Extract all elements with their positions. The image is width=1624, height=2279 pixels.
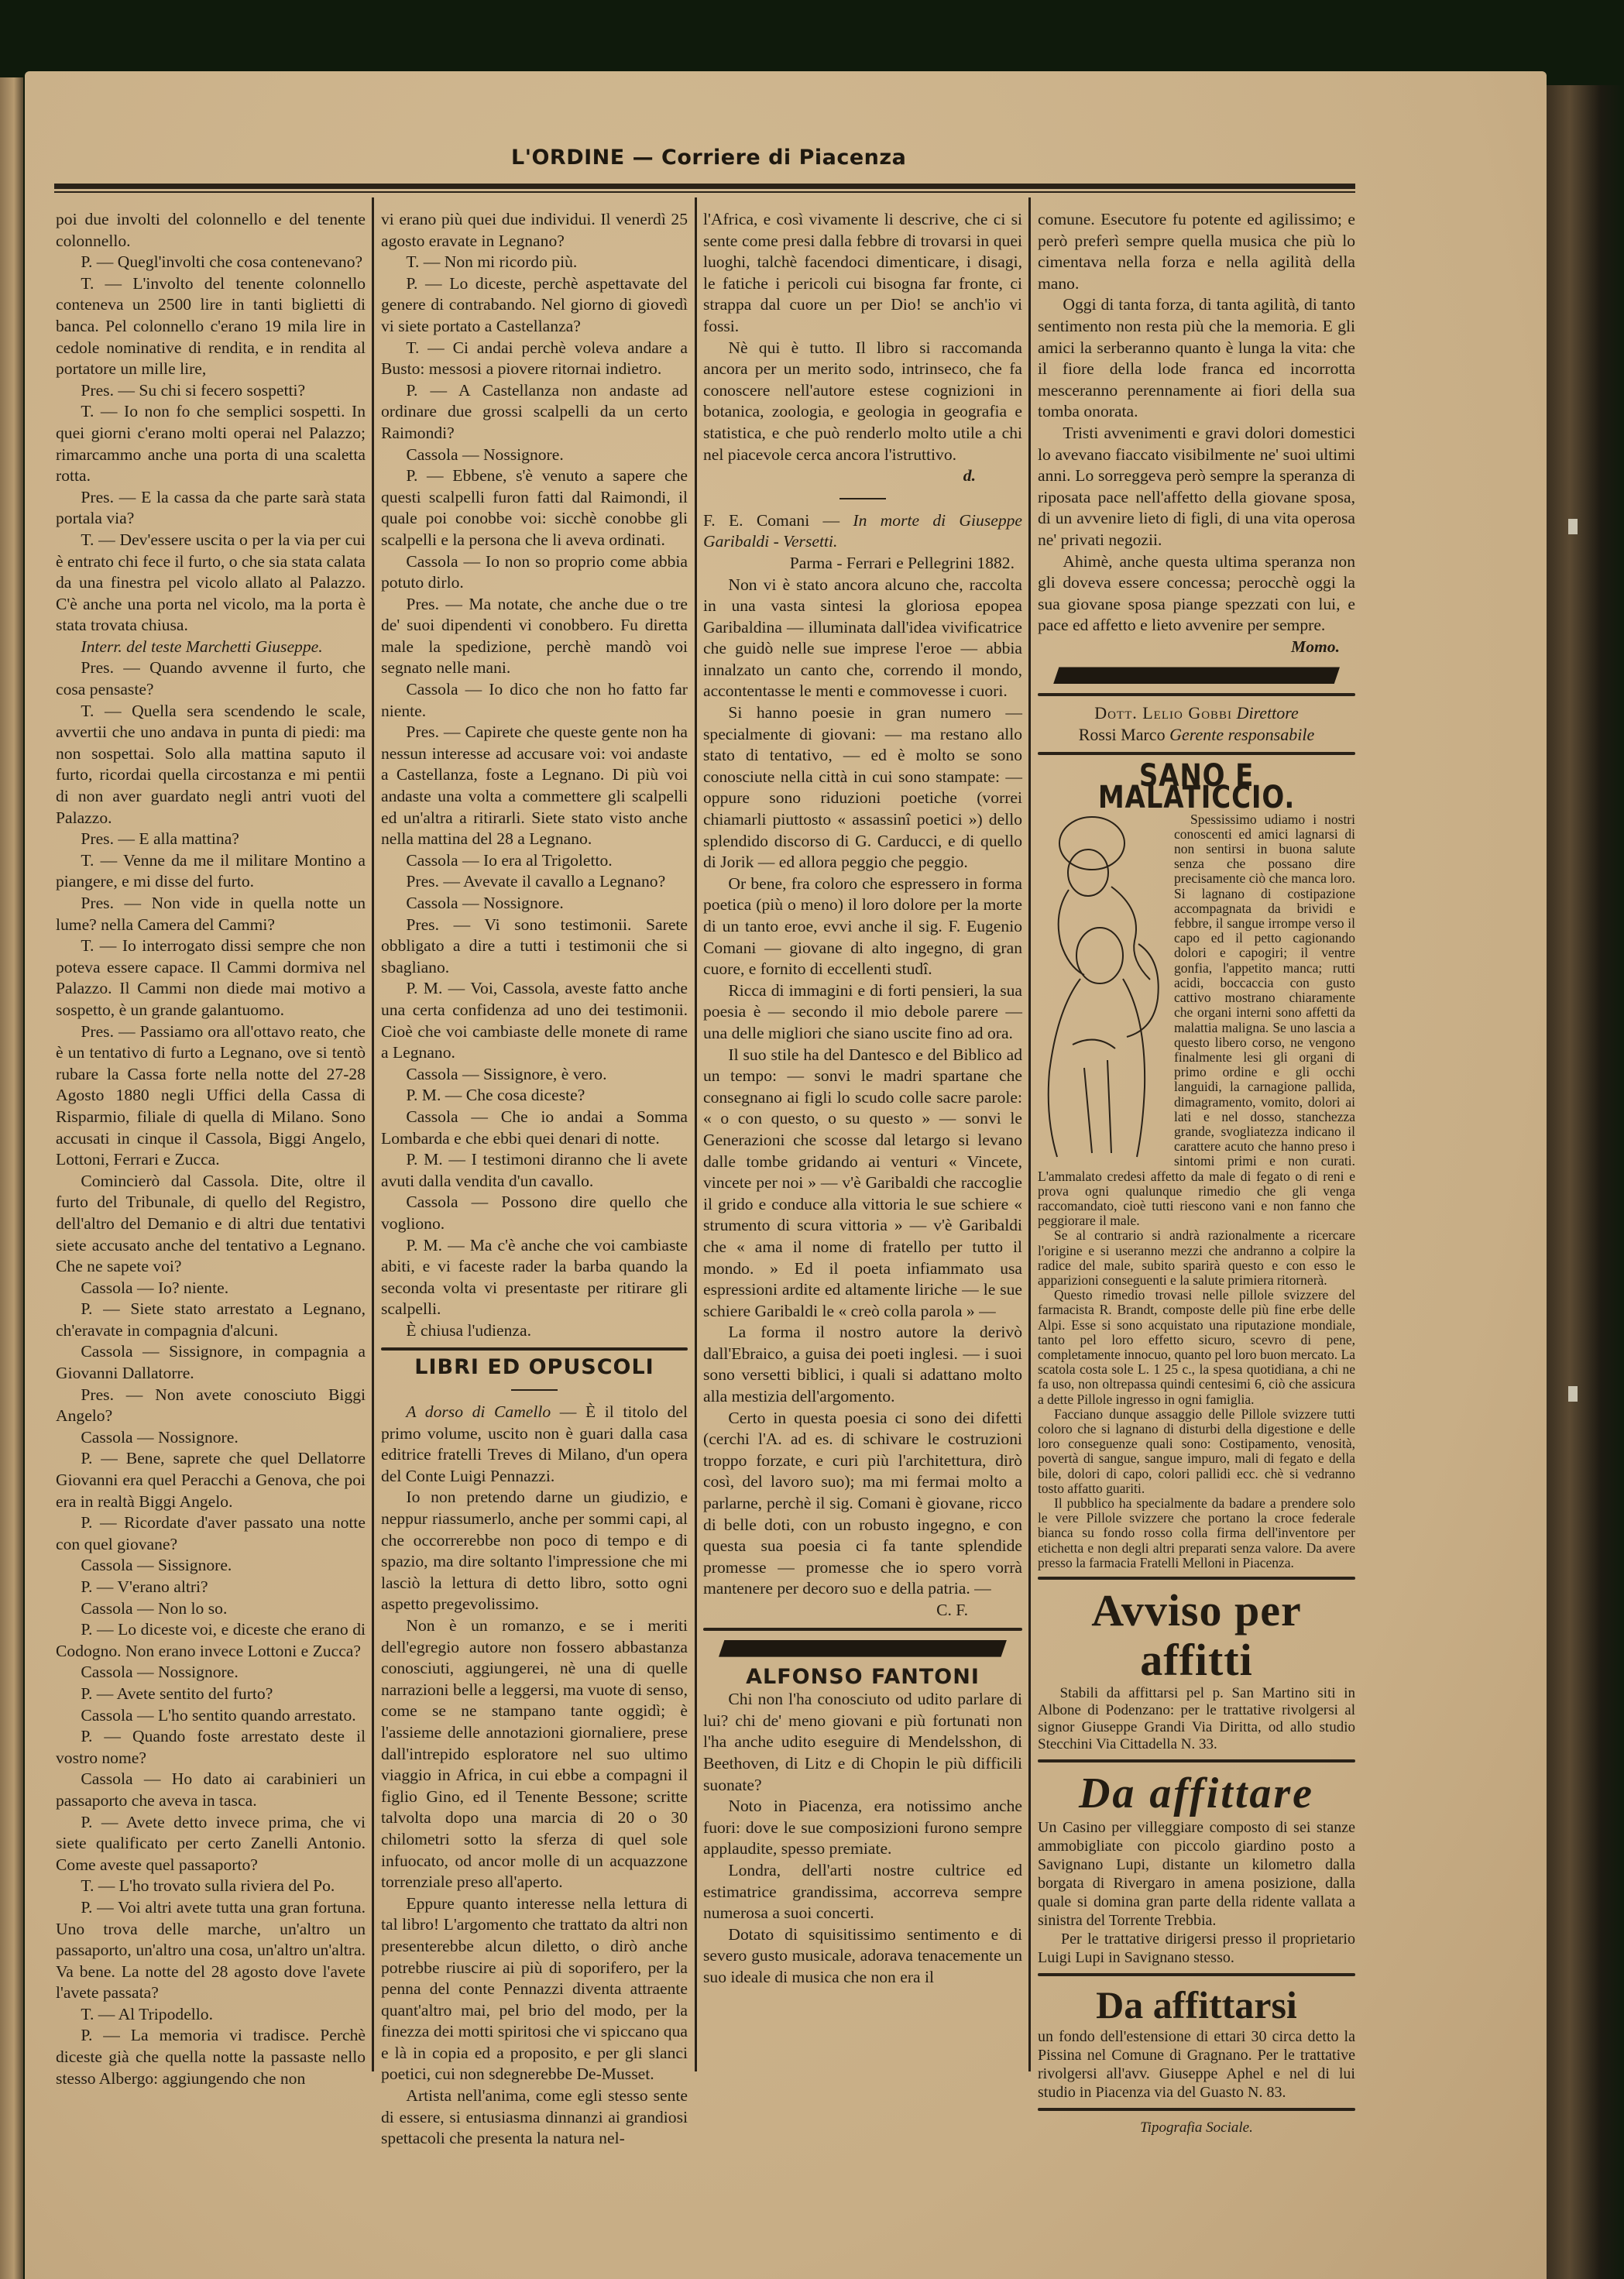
header-rule-thin — [54, 191, 1355, 193]
paragraph: Cassola — Sissignore, è vero. — [381, 1064, 688, 1086]
paragraph: T. — Io non fo che semplici sospetti. In… — [56, 401, 366, 486]
column-trial-and-books: vi erano più quei due individui. Il vene… — [381, 209, 688, 2150]
paragraph: T. — Venne da me il militare Montino a p… — [56, 850, 366, 893]
paragraph: Oggi di tanta forza, di tanta agilità, d… — [1038, 294, 1355, 423]
paragraph: Artista nell'anima, come egli stesso sen… — [381, 2085, 688, 2150]
paragraph: Cassola — Ho dato ai carabinieri un pass… — [56, 1769, 366, 1811]
paragraph: Il suo stile ha del Dantesco e del Bibli… — [703, 1045, 1022, 1323]
column-divider — [1028, 197, 1031, 2071]
paragraph: Nè qui è tutto. Il libro si raccomanda a… — [703, 338, 1022, 466]
ad-daffittarsi-title: Da affittarsi — [1038, 1982, 1355, 2027]
section-title-libri: LIBRI ED OPUSCOLI — [381, 1357, 688, 1378]
paragraph: Chi non l'ha conosciuto od udito parlare… — [703, 1689, 1022, 1796]
paragraph: Pres. — E alla mattina? — [56, 829, 366, 850]
paragraph: Cassola — Io era al Trigoletto. — [381, 850, 688, 872]
paragraph: Il pubblico ha specialmente da badare a … — [1038, 1496, 1355, 1570]
printer-credit: Tipografia Sociale. — [1038, 2117, 1355, 2139]
woman-and-child-illustration — [1038, 812, 1169, 1159]
paragraph: P. — Avete sentito del furto? — [56, 1684, 366, 1705]
ad-daffittarsi-text: un fondo dell'estensione di ettari 30 ci… — [1038, 2027, 1355, 2102]
paragraph: Cassola — Possono dire quello che voglio… — [381, 1192, 688, 1234]
manager-name: Rossi Marco — [1079, 725, 1166, 744]
comani-review: Non vi è stato ancora alcuno che, raccol… — [703, 575, 1022, 1601]
paragraph: Cassola — Nossignore. — [381, 893, 688, 915]
column-divider — [372, 197, 374, 2071]
paragraph: Cassola — Io non so proprio come abbia p… — [381, 551, 688, 594]
ad-daffittare-title: Da affittare — [1038, 1769, 1355, 1818]
paragraph: comune. Esecutore fu potente ed agilissi… — [1038, 209, 1355, 294]
director-role: Direttore — [1237, 703, 1299, 722]
paragraph: P. — La memoria vi tradisce. Perchè dice… — [56, 2025, 366, 2089]
paragraph: Cassola — Sissignore, in compagnia a Gio… — [56, 1341, 366, 1384]
advertisement-pills: SANO E MALATICCIO. Spessissimo udiamo i … — [1038, 761, 1355, 1570]
paragraph: Ricca di immagini e di forti pensieri, l… — [703, 980, 1022, 1045]
review-end: l'Africa, e così vivamente li descrive, … — [703, 209, 1022, 465]
editor-credit: Dott. Lelio Gobbi Direttore Rossi Marco … — [1038, 702, 1355, 746]
paragraph: T. — Io interrogato dissi sempre che non… — [56, 935, 366, 1021]
column-reviews-obituary: l'Africa, e così vivamente li descrive, … — [703, 209, 1022, 1989]
director-name: Dott. Lelio Gobbi — [1094, 703, 1232, 722]
rule — [1038, 693, 1355, 696]
paragraph: poi due involti del colonnello e del ten… — [56, 209, 366, 252]
rule — [1038, 752, 1355, 755]
obituary-text: Chi non l'ha conosciuto od udito parlare… — [703, 1689, 1022, 1988]
book-spine — [1547, 85, 1624, 2279]
paragraph: Cassola — Io dico che non ho fatto far n… — [381, 679, 688, 722]
paragraph: Facciano dunque assaggio delle Pillole s… — [1038, 1407, 1355, 1496]
paragraph: P. — Ebbene, s'è venuto a sapere che que… — [381, 465, 688, 551]
paragraph: P. — Ricordate d'aver passato una notte … — [56, 1512, 366, 1555]
paragraph: Se al contrario si andrà razionalmente a… — [1038, 1228, 1355, 1288]
review-signature: d. — [703, 465, 1022, 487]
paragraph: T. — L'involto del tenente colonnello co… — [56, 273, 366, 380]
comani-imprint: Parma - Ferrari e Pellegrini 1882. — [703, 553, 1022, 575]
paragraph: Certo in questa poesia ci sono dei difet… — [703, 1408, 1022, 1600]
paragraph: Questo rimedio trovasi nelle pillole svi… — [1038, 1288, 1355, 1407]
paragraph: Non vi è stato ancora alcuno che, raccol… — [703, 575, 1022, 703]
paragraph: Pres. — Ma notate, che anche due o tre d… — [381, 594, 688, 679]
paragraph: P. — Avete detto invece prima, che vi si… — [56, 1812, 366, 1876]
paragraph: Or bene, fra coloro che espressero in fo… — [703, 874, 1022, 980]
paragraph: Non è un romanzo, e se i meriti dell'egr… — [381, 1615, 688, 1893]
paragraph: Cassola — Non lo so. — [56, 1598, 366, 1620]
paragraph: Pres. — Passiamo ora all'ottavo reato, c… — [56, 1021, 366, 1171]
paragraph: Cassola — Nossignore. — [56, 1427, 366, 1449]
paragraph: P. — Quando foste arrestato deste il vos… — [56, 1726, 366, 1769]
obituary-signature: Momo. — [1038, 637, 1355, 658]
section-divider — [381, 1347, 688, 1351]
paragraph: vi erano più quei due individui. Il vene… — [381, 209, 688, 252]
paragraph: T. — L'ho trovato sulla riviera del Po. — [56, 1876, 366, 1897]
short-rule — [511, 1389, 558, 1391]
rule — [1038, 2108, 1355, 2111]
ad-avviso-text: Stabili da affittarsi pel p. San Martino… — [1038, 1685, 1355, 1753]
paragraph: P. M. — Che cosa diceste? — [381, 1085, 688, 1107]
obituary-title: ALFONSO FANTONI — [703, 1666, 1022, 1688]
paragraph: Comincierò dal Cassola. Dite, oltre il f… — [56, 1171, 366, 1278]
column-divider — [695, 197, 697, 2071]
paragraph: Si hanno poesie in gran numero — special… — [703, 702, 1022, 874]
paragraph: P. — V'erano altri? — [56, 1577, 366, 1598]
mourning-bar — [1053, 667, 1340, 684]
trial-continuation: vi erano più quei due individui. Il vene… — [381, 209, 688, 1341]
short-rule — [839, 498, 886, 499]
paragraph: T. — Al Tripodello. — [56, 2004, 366, 2026]
paragraph: P. — Siete stato arrestato a Legnano, ch… — [56, 1299, 366, 1341]
paragraph: P. M. — I testimoni diranno che li avete… — [381, 1149, 688, 1192]
paragraph: Io non pretendo darne un giudizio, e nep… — [381, 1487, 688, 1615]
paragraph: Interr. del teste Marchetti Giuseppe. — [56, 637, 366, 658]
paragraph: Pres. — Avevate il cavallo a Legnano? — [381, 871, 688, 893]
comani-signature: C. F. — [703, 1600, 1022, 1622]
paragraph: Pres. — Non avete conosciuto Biggi Angel… — [56, 1385, 366, 1427]
paragraph: Pres. — Su chi si fecero sospetti? — [56, 380, 366, 402]
paragraph: È chiusa l'udienza. — [381, 1320, 688, 1342]
paragraph: T. — Quella sera scendendo le scale, avv… — [56, 701, 366, 829]
rule — [1038, 1577, 1355, 1580]
paragraph: l'Africa, e così vivamente li descrive, … — [703, 209, 1022, 338]
paragraph: P. — A Castellanza non andaste ad ordina… — [381, 380, 688, 444]
paragraph: La forma il nostro autore la derivò dall… — [703, 1322, 1022, 1407]
paragraph: Eppure quanto interesse nella lettura di… — [381, 1893, 688, 2085]
manager-role: Gerente responsabile — [1169, 725, 1314, 744]
column-obituary-ads: comune. Esecutore fu potente ed agilissi… — [1038, 209, 1355, 2139]
paragraph: P. — Voi altri avete tutta una gran fort… — [56, 1897, 366, 2004]
paragraph: Tristi avvenimenti e gravi dolori domest… — [1038, 423, 1355, 551]
paragraph: A dorso di Camello — È il titolo del pri… — [381, 1402, 688, 1487]
paragraph: T. — Ci andai perchè voleva andare a Bus… — [381, 338, 688, 380]
ad-avviso-title: Avviso per affitti — [1038, 1586, 1355, 1685]
obituary-end: comune. Esecutore fu potente ed agilissi… — [1038, 209, 1355, 637]
comani-author: F. E. Comani — — [703, 511, 853, 530]
book-review: A dorso di Camello — È il titolo del pri… — [381, 1402, 688, 2150]
spine-band — [1568, 519, 1578, 534]
section-divider — [703, 1628, 1022, 1631]
paragraph: Dotato di squisitissimo sentimento e di … — [703, 1924, 1022, 1989]
paragraph: Cassola — Sissignore. — [56, 1555, 366, 1577]
adjacent-page-edge — [0, 77, 23, 2279]
column-trial-report: poi due involti del colonnello e del ten… — [56, 209, 366, 2089]
paragraph: Cassola — Io? niente. — [56, 1278, 366, 1299]
rule — [1038, 1759, 1355, 1762]
paragraph: Cassola — Nossignore. — [56, 1662, 366, 1684]
mourning-bar — [719, 1640, 1007, 1657]
paragraph: Pres. — Non vide in quella notte un lume… — [56, 893, 366, 935]
header-rule — [54, 184, 1355, 189]
paragraph: Pres. — Vi sono testimonii. Sarete obbli… — [381, 915, 688, 979]
paragraph: P. — Bene, saprete che quel Dellatorre G… — [56, 1448, 366, 1512]
masthead-title: L'ORDINE — Corriere di Piacenza — [511, 146, 906, 170]
paragraph: Noto in Piacenza, era notissimo anche fu… — [703, 1796, 1022, 1860]
paragraph: T. — Dev'essere uscita o per la via per … — [56, 530, 366, 637]
paragraph: P. M. — Ma c'è anche che voi cambiaste a… — [381, 1235, 688, 1320]
paragraph: Pres. — Quando avvenne il furto, che cos… — [56, 657, 366, 700]
ad-daffittare-text: Un Casino per villeggiare composto di se… — [1038, 1818, 1355, 1930]
paragraph: Ahimè, anche questa ultima speranza non … — [1038, 551, 1355, 637]
paragraph: P. — Lo diceste, perchè aspettavate del … — [381, 273, 688, 338]
paragraph: Pres. — Capirete che queste gente non ha… — [381, 722, 688, 850]
ad-title: SANO E MALATICCIO. — [1062, 766, 1332, 808]
paragraph: Cassola — Che io andai a Somma Lombarda … — [381, 1107, 688, 1149]
paragraph: P. — Quegl'involti che cosa contenevano? — [56, 252, 366, 273]
paragraph: P. M. — Voi, Cassola, aveste fatto anche… — [381, 978, 688, 1063]
rule — [1038, 1973, 1355, 1976]
paragraph: Cassola — Nossignore. — [381, 444, 688, 466]
paragraph: Londra, dell'arti nostre cultrice ed est… — [703, 1860, 1022, 1924]
paragraph: P. — Lo diceste voi, e diceste che erano… — [56, 1619, 366, 1662]
spine-band — [1568, 1386, 1578, 1402]
ad-daffittare-contact: Per le trattative dirigersi presso il pr… — [1038, 1930, 1355, 1967]
book-title: A dorso di Camello — [406, 1402, 551, 1421]
paragraph: Pres. — E la cassa da che parte sarà sta… — [56, 487, 366, 530]
paragraph: Cassola — L'ho sentito quando arrestato. — [56, 1705, 366, 1727]
paragraph: T. — Non mi ricordo più. — [381, 252, 688, 273]
comani-heading: F. E. Comani — In morte di Giuseppe Gari… — [703, 510, 1022, 553]
